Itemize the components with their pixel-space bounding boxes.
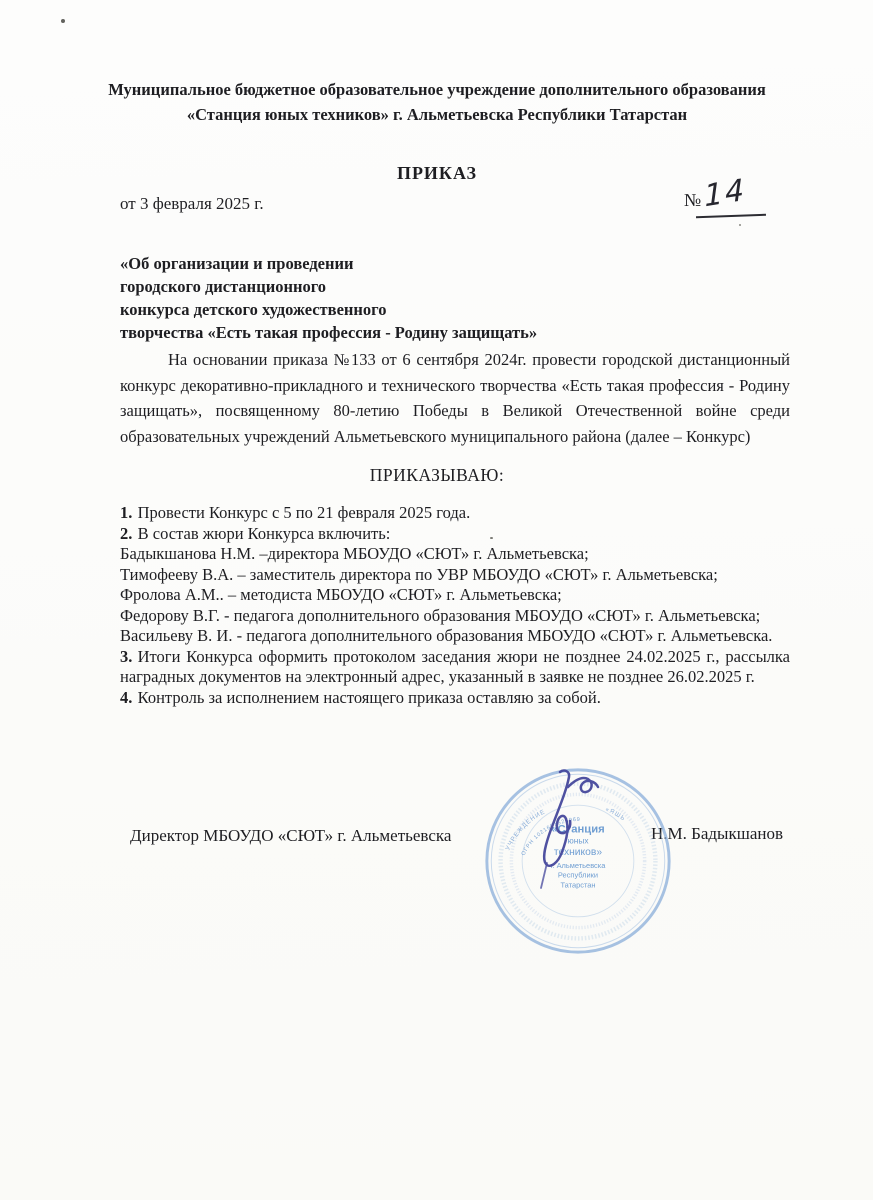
- jury-member: Фролова А.М.. – методиста МБОУДО «СЮТ» г…: [120, 585, 790, 606]
- jury-member: Васильеву В. И. - педагога дополнительно…: [120, 626, 790, 647]
- jury-member: Тимофееву В.А. – заместитель директора п…: [120, 565, 790, 586]
- item-number: 1.: [120, 503, 138, 522]
- item-number: 2.: [120, 524, 138, 543]
- subject-line: «Об организации и проведении: [120, 252, 792, 275]
- doc-date: от 3 февраля 2025 г.: [120, 194, 264, 214]
- subject-block: «Об организации и проведении городского …: [120, 252, 792, 344]
- organization-header: Муниципальное бюджетное образовательное …: [101, 77, 773, 127]
- scan-artifact-speck: [739, 224, 741, 226]
- document-page: Муниципальное бюджетное образовательное …: [0, 0, 873, 1200]
- jury-member: Федорову В.Г. - педагога дополнительного…: [120, 606, 790, 627]
- item-number: 3.: [120, 647, 138, 666]
- jury-member: Бадыкшанова Н.М. –директора МБОУДО «СЮТ»…: [120, 544, 790, 565]
- order-items: 1.Провести Конкурс с 5 по 21 февраля 202…: [120, 503, 790, 708]
- subject-line: городского дистанционного: [120, 275, 792, 298]
- handwritten-number: 14: [703, 173, 747, 215]
- org-line-2: «Станция юных техников» г. Альметьевска …: [101, 102, 773, 127]
- scan-artifact-speck: [490, 537, 493, 539]
- item-text: В состав жюри Конкурса включить:: [138, 524, 391, 543]
- item-text: Итоги Конкурса оформить протоколом засед…: [120, 647, 790, 687]
- doc-number: № 14: [684, 182, 784, 222]
- number-underline: [696, 214, 766, 218]
- order-item-3: 3.Итоги Конкурса оформить протоколом зас…: [120, 647, 790, 688]
- order-item-4: 4.Контроль за исполнением настоящего при…: [120, 688, 790, 709]
- order-item-2: 2.В состав жюри Конкурса включить:: [120, 524, 790, 545]
- subject-line: творчества «Есть такая профессия - Родин…: [120, 321, 792, 344]
- order-item-1: 1.Провести Конкурс с 5 по 21 февраля 202…: [120, 503, 790, 524]
- director-signature-ink: [518, 767, 606, 893]
- item-text: Контроль за исполнением настоящего прика…: [138, 688, 601, 707]
- order-heading: ПРИКАЗЫВАЮ:: [101, 465, 773, 486]
- number-sign: №: [684, 190, 701, 211]
- item-text: Провести Конкурс с 5 по 21 февраля 2025 …: [138, 503, 471, 522]
- preamble-paragraph: На основании приказа №133 от 6 сентября …: [120, 347, 790, 449]
- doc-title: ПРИКАЗ: [101, 163, 773, 184]
- subject-line: конкурса детского художественного: [120, 298, 792, 321]
- org-line-1: Муниципальное бюджетное образовательное …: [101, 77, 773, 102]
- item-number: 4.: [120, 688, 138, 707]
- scan-artifact-speck: [61, 19, 65, 23]
- signature-position: Директор МБОУДО «СЮТ» г. Альметьевска: [130, 826, 451, 846]
